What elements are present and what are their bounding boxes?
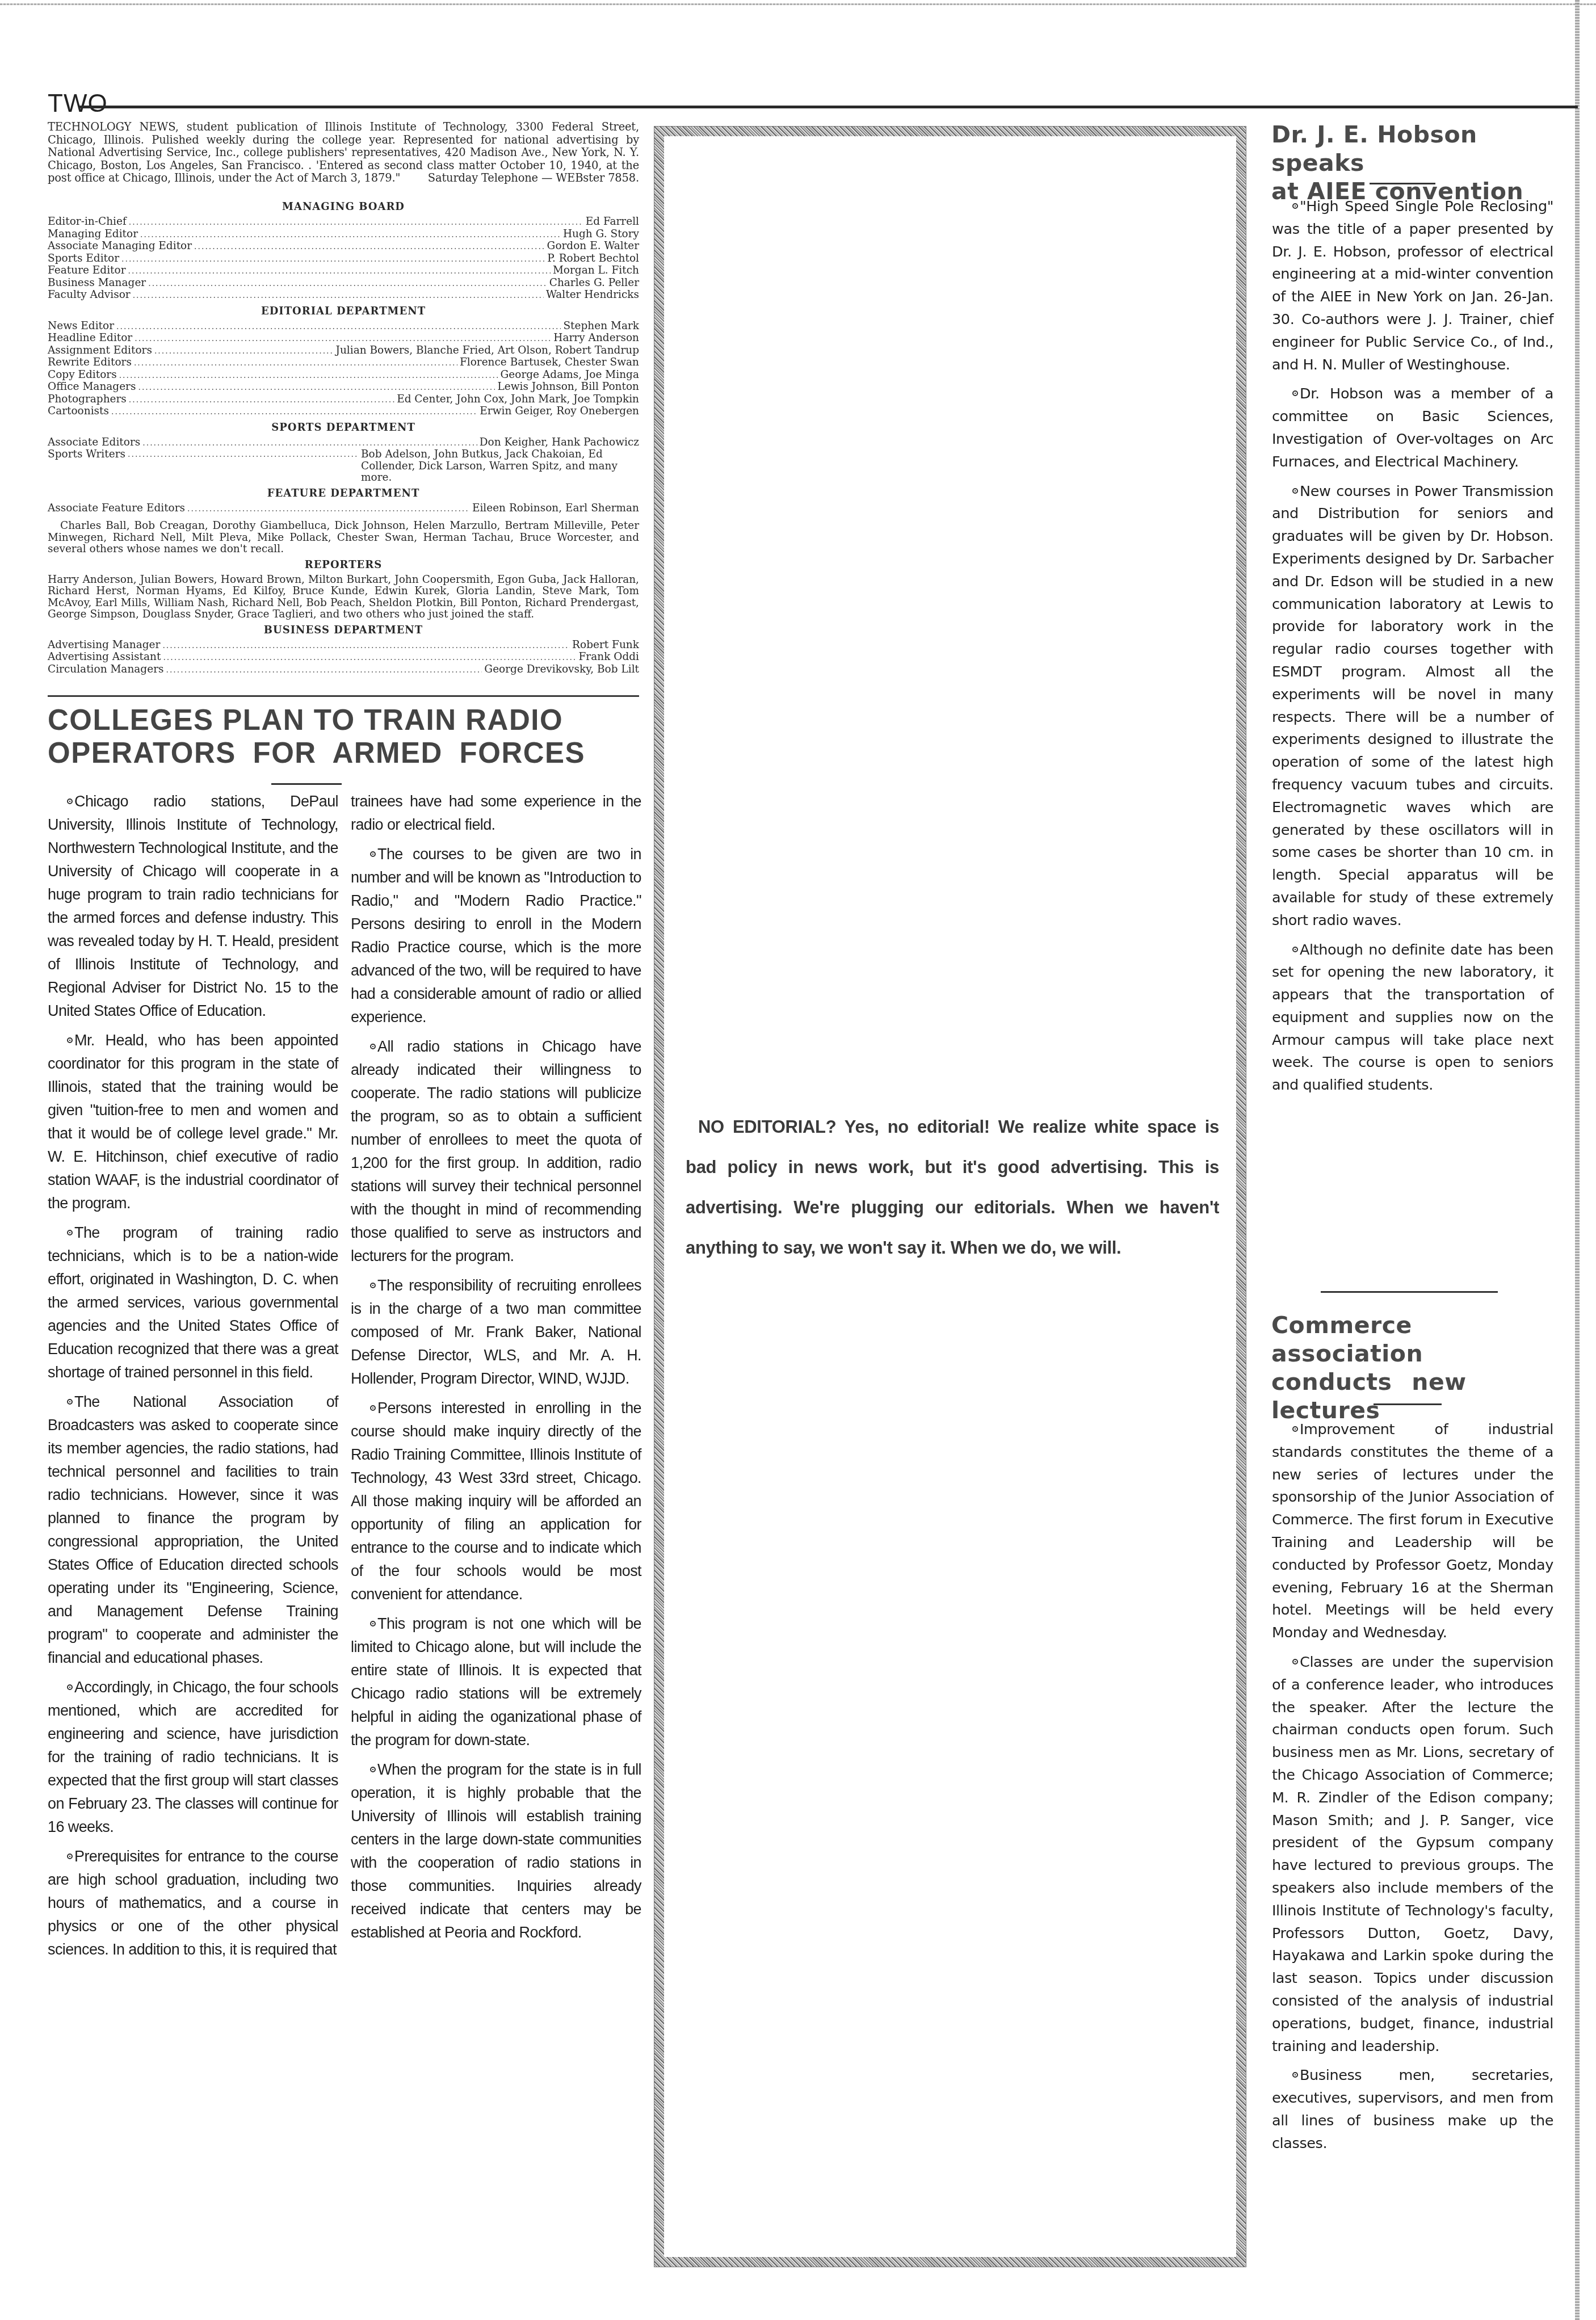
article-paragraph: Chicago radio stations, DePaul Universit… [48,790,338,1023]
article-separator-rule [1321,1291,1498,1293]
staff-row: Sports EditorP. Robert Bechtol [48,253,639,266]
staff-role: Associate Managing Editor [48,241,192,253]
article-paragraph: Although no definite date has been set f… [1272,939,1553,1098]
radio-col1-paragraphs: Chicago radio stations, DePaul Universit… [48,790,338,1961]
article-paragraph: "High Speed Single Pole Reclosing" was t… [1272,196,1553,376]
dot-leader [140,229,561,241]
staff-row: Associate Feature EditorsEileen Robinson… [48,503,639,515]
staff-names: Robert Funk [572,640,639,652]
staff-role: Sports Editor [48,253,119,265]
staff-row: Rewrite EditorsFlorence Bartusek, Cheste… [48,357,639,369]
dot-leader [133,290,544,302]
staff-role: Headline Editor [48,333,132,344]
dot-leader [121,254,545,266]
staff-row: Faculty AdvisorWalter Hendricks [48,289,639,302]
staff-row: Associate Managing EditorGordon E. Walte… [48,241,639,253]
staff-role: Assignment Editors [48,345,152,357]
commerce-paragraphs: Improvement of industrial standards cons… [1272,1419,1553,2155]
staff-row: Advertising AssistantFrank Oddi [48,652,639,664]
dot-leader [116,321,561,333]
staff-role: Associate Editors [48,437,140,449]
article-paragraph: The National Association of Broadcasters… [48,1390,338,1670]
dot-leader [148,278,547,290]
staff-box: MANAGING BOARD Editor-in-ChiefEd Farrell… [48,197,639,676]
staff-role: Cartoonists [48,406,109,418]
business-department-heading: BUSINESS DEPARTMENT [48,624,639,636]
staff-names: George Drevikovsky, Bob Lilt [484,664,639,676]
reporters-heading: REPORTERS [48,559,639,571]
article-paragraph: Prerequisites for entrance to the course… [48,1845,338,1961]
commerce-article-body: Improvement of industrial standards cons… [1272,1419,1553,2162]
page-right-edge-border [1575,0,1580,2320]
dot-leader [128,266,551,278]
radio-article-column-1: Chicago radio stations, DePaul Universit… [48,790,338,1968]
headline-underline-rule [271,783,342,785]
paragraph-bullet-icon [67,1037,73,1043]
hobson-paragraphs: "High Speed Single Pole Reclosing" was t… [1272,196,1553,1097]
article-paragraph: The program of training radio technician… [48,1221,338,1384]
paragraph-bullet-icon [1292,1659,1298,1665]
page-edge-rule [0,3,1596,5]
staff-names: Charles G. Peller [549,278,639,289]
staff-row: Editor-in-ChiefEd Farrell [48,216,639,229]
paragraph-bullet-icon [67,1684,73,1690]
hobson-headline-rule [1370,183,1435,184]
editorial-department-heading: EDITORIAL DEPARTMENT [48,305,639,317]
radio-article-column-2: trainees have had some experience in the… [351,790,641,1951]
editorial-department-list: News EditorStephen MarkHeadline EditorHa… [48,321,639,418]
paragraph-bullet-icon [370,1405,376,1411]
paragraph-bullet-icon [1292,2072,1298,2078]
article-paragraph: Classes are under the supervision of a c… [1272,1651,1553,2058]
reporters-list: Harry Anderson, Julian Bowers, Howard Br… [48,574,639,621]
staff-role: Sports Writers [48,449,125,461]
staff-role: Advertising Assistant [48,652,161,663]
staff-names: Eileen Robinson, Earl Sherman [472,503,639,515]
commerce-headline-rule [1374,1403,1442,1405]
dot-leader [162,640,570,652]
radio-headline-line-1: COLLEGES PLAN TO TRAIN RADIO [48,704,639,737]
staff-names: Gordon E. Walter [547,241,639,253]
article-paragraph: Business men, secretaries, executives, s… [1272,2065,1553,2155]
article-paragraph: All radio stations in Chicago have alrea… [351,1035,641,1268]
paragraph-bullet-icon [370,1044,376,1049]
staff-role: Advertising Manager [48,640,160,652]
paragraph-bullet-icon [370,1767,376,1772]
staff-names: George Adams, Joe Minga [501,369,639,381]
commerce-headline-line-1: Commerce association [1271,1311,1555,1368]
dot-leader [163,652,576,664]
staff-row: PhotographersEd Center, John Cox, John M… [48,394,639,406]
paragraph-bullet-icon [1292,203,1298,209]
folio-rule [79,106,1578,108]
paragraph-bullet-icon [67,1399,73,1405]
article-paragraph: Mr. Heald, who has been appointed coordi… [48,1029,338,1215]
page-folio: TWO [48,90,108,118]
staff-row: Advertising ManagerRobert Funk [48,640,639,652]
article-paragraph: Accordingly, in Chicago, the four school… [48,1676,338,1839]
paragraph-bullet-icon [1292,947,1298,952]
staff-names: Morgan L. Fitch [553,265,639,277]
dot-leader [142,438,477,449]
managing-board-list: Editor-in-ChiefEd FarrellManaging Editor… [48,216,639,302]
paragraph-bullet-icon [370,851,376,857]
dot-leader [154,346,334,358]
staff-row: Feature EditorMorgan L. Fitch [48,265,639,278]
article-paragraph: The courses to be given are two in numbe… [351,843,641,1029]
staff-names: Florence Bartusek, Chester Swan [460,357,639,369]
article-paragraph: This program is not one which will be li… [351,1612,641,1752]
commerce-headline-line-2: conducts new lectures [1271,1368,1555,1424]
dot-leader [129,394,394,406]
paragraph-bullet-icon [1292,488,1298,494]
sports-department-heading: SPORTS DEPARTMENT [48,422,639,434]
staff-row: Sports WritersBob Adelson, John Butkus, … [48,449,639,484]
hobson-headline-line-1: Dr. J. E. Hobson speaks [1271,120,1555,177]
staff-names: Ed Farrell [586,216,639,228]
feature-department-list: Associate Feature EditorsEileen Robinson… [48,503,639,515]
staff-names: Ed Center, John Cox, John Mark, Joe Tomp… [397,394,639,406]
staff-names: Walter Hendricks [546,289,639,301]
staff-row: Business ManagerCharles G. Peller [48,278,639,290]
staff-names: Frank Oddi [579,652,639,663]
staff-names: Julian Bowers, Blanche Fried, Art Olson,… [335,345,639,357]
staff-row: Managing EditorHugh G. Story [48,229,639,241]
article-paragraph: Persons interested in enrolling in the c… [351,1397,641,1606]
article-paragraph: When the program for the state is in ful… [351,1758,641,1944]
commerce-article-headline: Commerce association conducts new lectur… [1271,1311,1555,1424]
paragraph-bullet-icon [67,798,73,804]
dot-leader [166,665,482,676]
dot-leader [134,358,457,369]
staff-row: Copy EditorsGeorge Adams, Joe Minga [48,369,639,382]
staff-role: Circulation Managers [48,664,163,676]
staff-role: Photographers [48,394,127,406]
staff-names: Stephen Mark [563,321,639,333]
dot-leader [128,449,359,461]
staff-row: CartoonistsErwin Geiger, Roy Onebergen [48,406,639,418]
article-paragraph: Dr. Hobson was a member of a committee o… [1272,383,1553,473]
article-paragraph: Improvement of industrial standards cons… [1272,1419,1553,1645]
dot-leader [111,406,477,418]
staff-role: Business Manager [48,278,146,289]
section-divider-rule [48,695,639,697]
paragraph-bullet-icon [370,1283,376,1288]
paragraph-bullet-icon [370,1621,376,1626]
staff-row: Office ManagersLewis Johnson, Bill Ponto… [48,381,639,394]
feature-department-heading: FEATURE DEPARTMENT [48,487,639,499]
staff-names: Lewis Johnson, Bill Ponton [497,381,639,393]
staff-names: P. Robert Bechtol [547,253,639,265]
staff-row: Assignment EditorsJulian Bowers, Blanche… [48,345,639,358]
paragraph-bullet-icon [1292,390,1298,396]
no-editorial-notice: NO EDITORIAL? Yes, no editorial! We real… [686,1107,1219,1268]
staff-role: Managing Editor [48,229,138,241]
staff-names: Erwin Geiger, Roy Onebergen [480,406,639,418]
staff-role: News Editor [48,321,114,333]
staff-role: Faculty Advisor [48,289,131,301]
article-paragraph: New courses in Power Transmission and Di… [1272,481,1553,932]
staff-names: Harry Anderson [553,333,639,344]
radio-headline-line-2: OPERATORS FOR ARMED FORCES [48,737,639,770]
staff-role: Editor-in-Chief [48,216,127,228]
paragraph-bullet-icon [67,1854,73,1859]
staff-role: Associate Feature Editors [48,503,185,515]
dot-leader [129,217,583,229]
article-paragraph: The responsibility of recruiting enrolle… [351,1274,641,1390]
radio-col2-continuation: trainees have had some experience in the… [351,790,641,837]
managing-board-heading: MANAGING BOARD [48,201,639,213]
dot-leader [119,370,498,382]
staff-row: News EditorStephen Mark [48,321,639,333]
staff-row: Associate EditorsDon Keigher, Hank Pacho… [48,437,639,449]
hobson-article-body: "High Speed Single Pole Reclosing" was t… [1272,196,1553,1104]
dot-leader [138,382,495,394]
business-department-list: Advertising ManagerRobert FunkAdvertisin… [48,640,639,676]
staff-role: Rewrite Editors [48,357,132,369]
dot-leader [194,241,545,253]
staff-names: Don Keigher, Hank Pachowicz [480,437,639,449]
staff-names: Hugh G. Story [563,229,639,241]
sports-department-list: Associate EditorsDon Keigher, Hank Pacho… [48,437,639,484]
staff-names: Bob Adelson, John Butkus, Jack Chakoian,… [361,449,639,484]
paragraph-bullet-icon [1292,1426,1298,1432]
feature-writers: Charles Ball, Bob Creagan, Dorothy Giamb… [48,520,639,556]
staff-role: Feature Editor [48,265,126,277]
hobson-article-headline: Dr. J. E. Hobson speaks at AIEE conventi… [1271,120,1555,205]
staff-row: Headline EditorHarry Anderson [48,333,639,345]
staff-role: Copy Editors [48,369,117,381]
dot-leader [187,503,470,515]
staff-row: Circulation ManagersGeorge Drevikovsky, … [48,664,639,676]
masthead-notice: TECHNOLOGY NEWS, student publication of … [48,121,639,185]
radio-article-headline: COLLEGES PLAN TO TRAIN RADIO OPERATORS F… [48,704,639,770]
radio-col2-paragraphs: The courses to be given are two in numbe… [351,843,641,1944]
staff-role: Office Managers [48,381,136,393]
dot-leader [135,333,551,345]
paragraph-bullet-icon [67,1230,73,1235]
